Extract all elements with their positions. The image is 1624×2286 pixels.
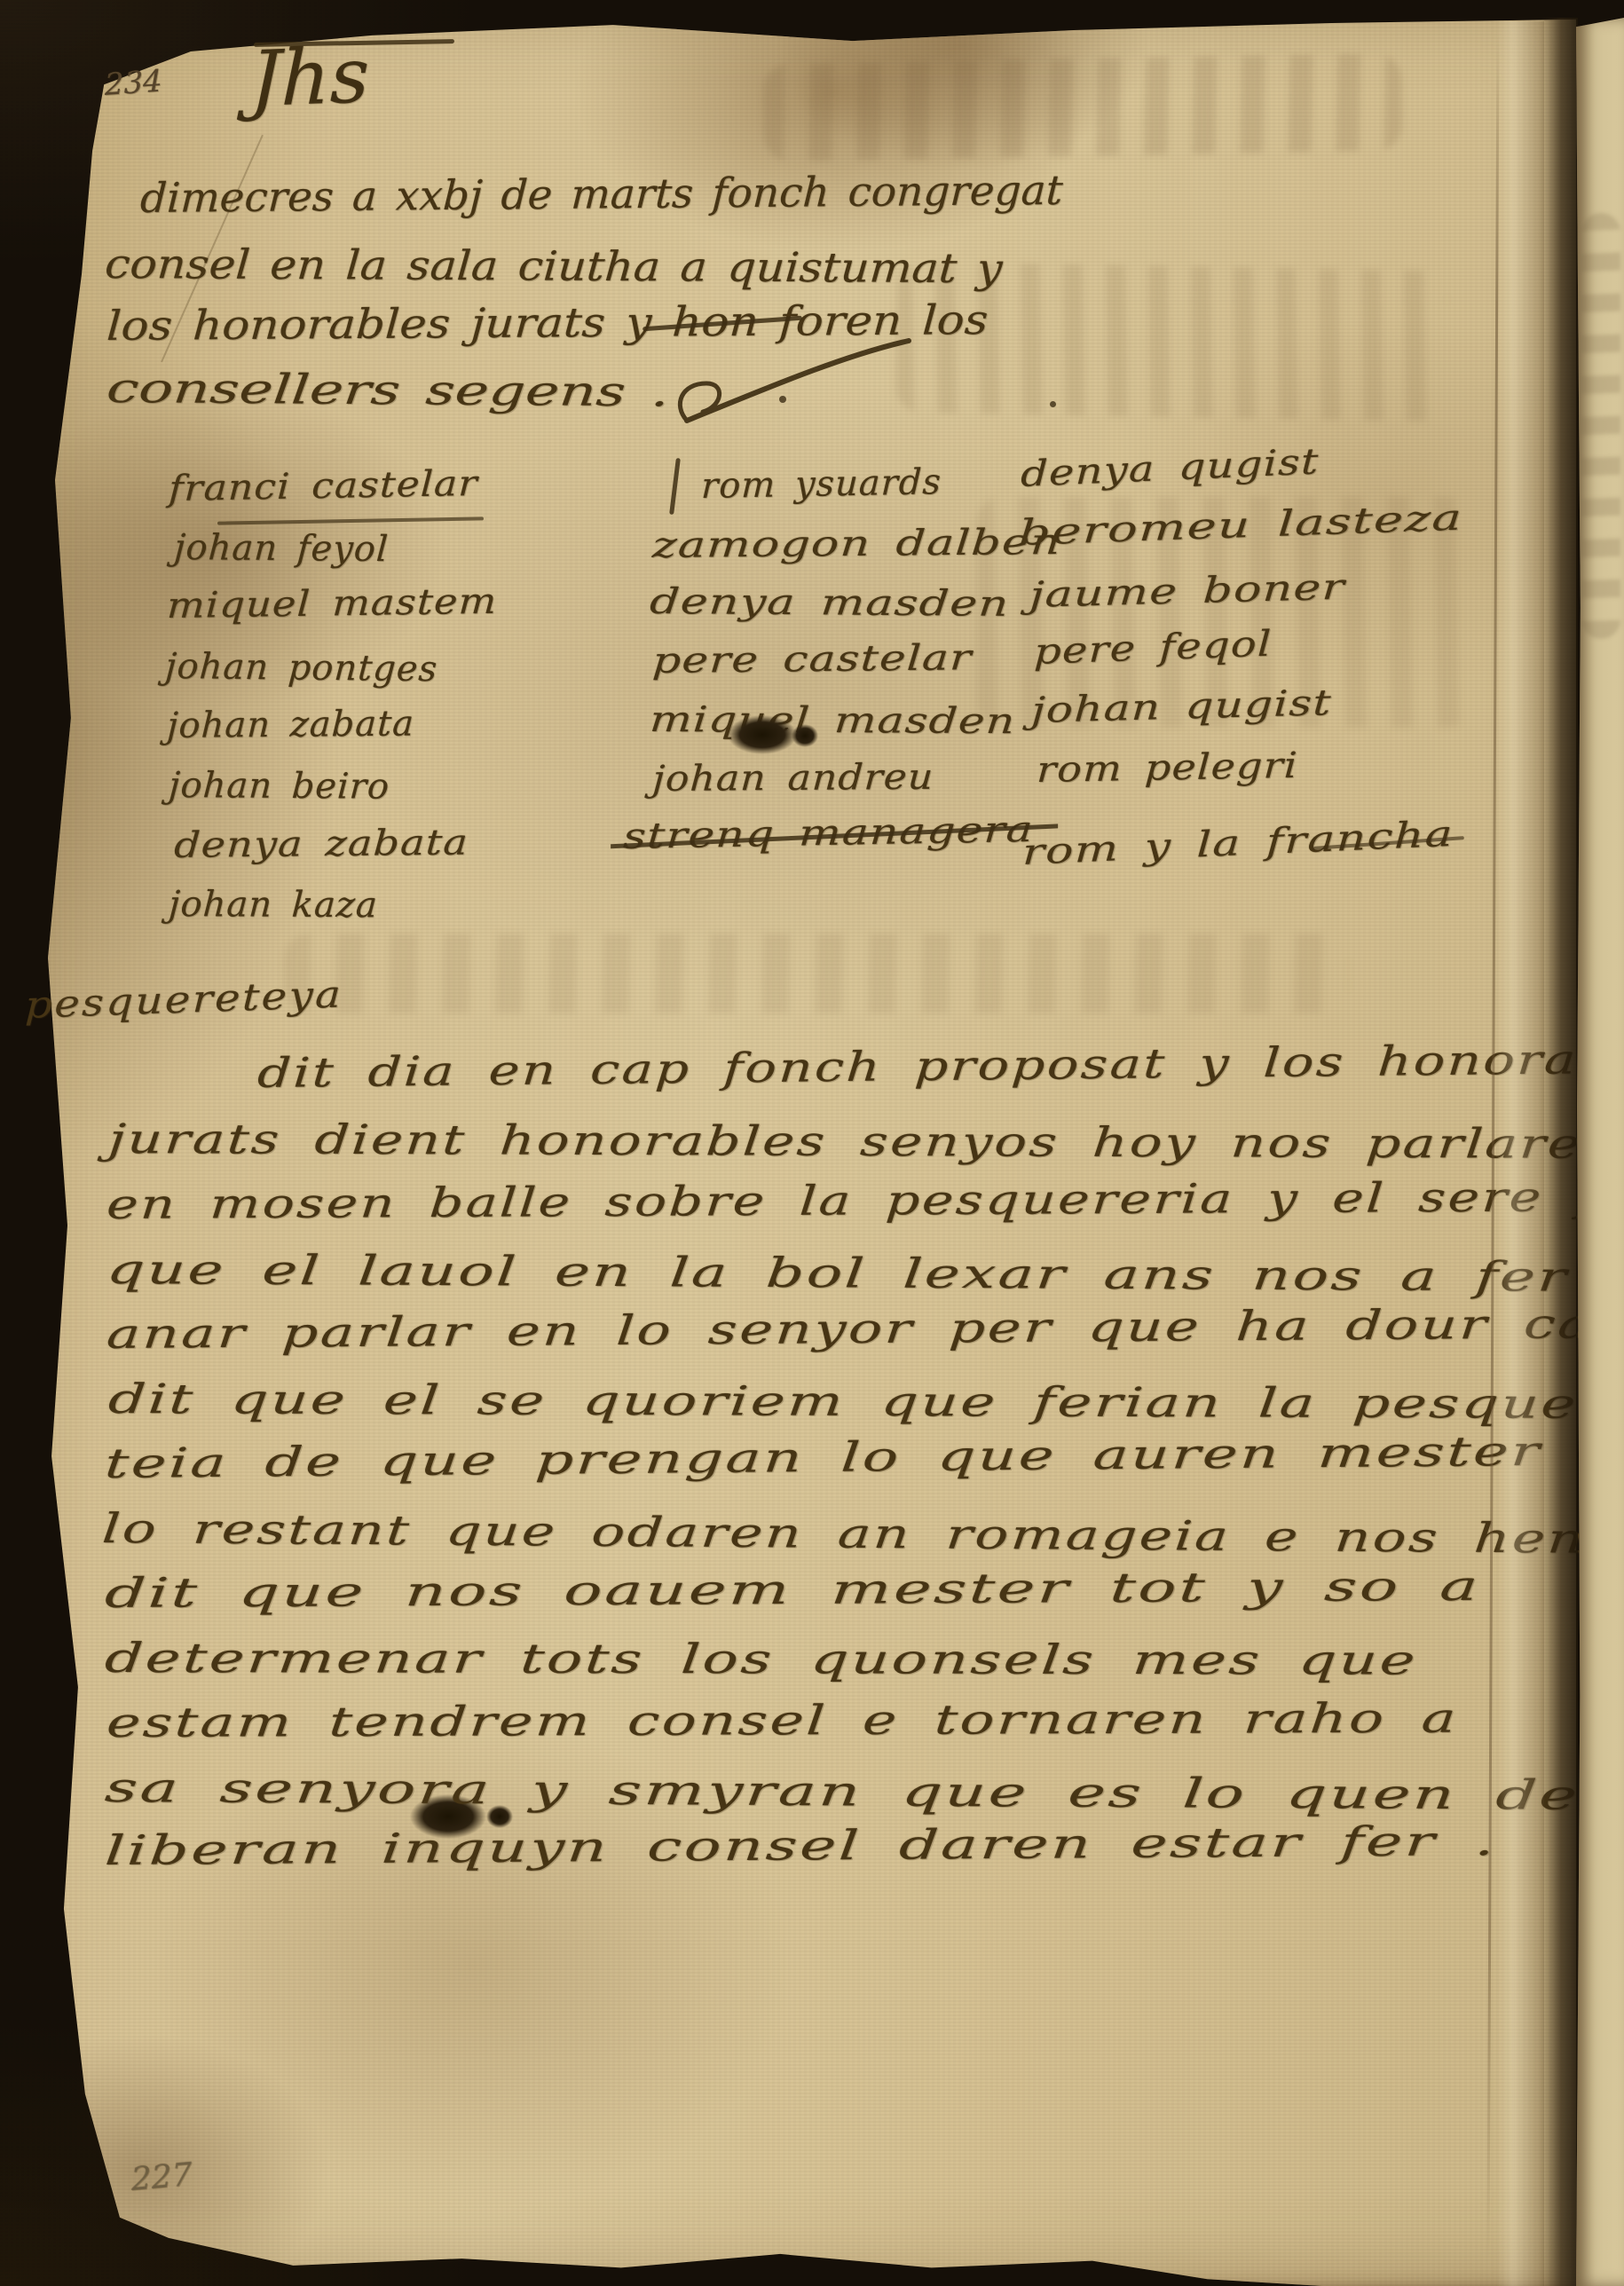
folio-number-top: 234 (105, 63, 162, 103)
attendee-name: johan beiro (168, 765, 391, 808)
ink-dot (1050, 401, 1056, 407)
body-line: que el lauol en la bol lexar ans nos a f… (105, 1245, 1571, 1301)
heading-line: consel en la sala ciutha a quistumat y (104, 240, 1005, 292)
attendee-name: pere feqol (1033, 624, 1273, 673)
attendee-name-struck: strenq managera (622, 809, 1035, 857)
body-line: dit que el se quoriem que ferian la pesq… (106, 1375, 1580, 1428)
attendee-name: johan andreu (651, 757, 935, 800)
attendee-name: johan pontges (164, 646, 439, 690)
body-line: dit que nos oauem mester tot y so a (103, 1562, 1482, 1617)
attendee-name: jaume boner (1029, 567, 1345, 616)
attendee-name: miquel masden (649, 699, 1017, 742)
attendee-name: rom pelegri (1036, 745, 1298, 791)
body-line: en mosen balle sobre la pesquereria y el… (106, 1172, 1624, 1228)
attendee-name: denya masden (649, 581, 1011, 625)
body-line: jurats dient honorables senyos hoy nos p… (106, 1115, 1624, 1168)
attendee-name: johan feyol (173, 527, 390, 570)
ink-blot (728, 715, 797, 754)
body-line: estam tendrem consel e tornaren raho a (105, 1694, 1460, 1746)
heading-line: consellers segens . (105, 364, 671, 415)
attendee-name: miquel mastem (166, 581, 498, 627)
adjacent-leaf-edge (1576, 18, 1624, 2286)
paraph-flourish (667, 330, 925, 432)
attendee-name: franci castelar (168, 463, 478, 509)
attendee-name: johan zabata (166, 704, 415, 746)
body-line: determenar tots los quonsels mes que (103, 1634, 1419, 1684)
heading-line: dimecres a xxbj de marts fonch congregat (139, 166, 1064, 222)
attendee-name: pere castelar (651, 637, 974, 682)
manuscript-photo: { "page": { "background_color": "#150f08… (0, 0, 1624, 2286)
attendee-name: johan kaza (168, 884, 379, 926)
attendee-name: zamogon dalben (651, 522, 1062, 566)
body-line: sa senyora y smyran que es lo quen des (103, 1763, 1617, 1819)
folio-number-bottom: 227 (130, 2156, 193, 2198)
gutter-shadow (1541, 18, 1578, 2286)
attendee-name: rom ysuards (700, 461, 942, 507)
attendee-name: denya zabata (173, 823, 469, 867)
attendee-name: johan qugist (1030, 682, 1332, 731)
ink-blot (792, 724, 818, 747)
body-line: liberan inquyn consel daren estar fer . (103, 1817, 1499, 1874)
page-fold-highlight (1496, 21, 1544, 2286)
